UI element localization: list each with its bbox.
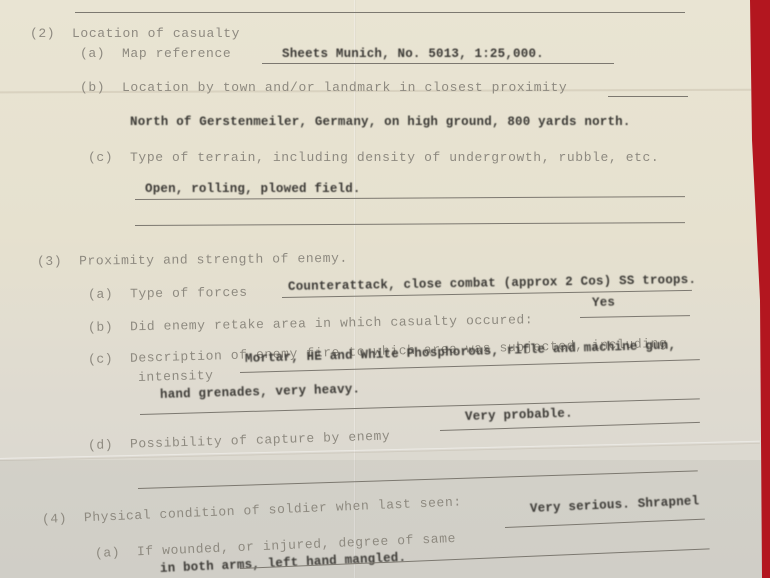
document-page: (2) Location of casualty (a) Map referen…: [0, 0, 770, 578]
item-3b-answer: Yes: [592, 296, 615, 310]
section-number: (4): [42, 511, 68, 527]
item-2c-label: (c) Type of terrain, including density o…: [88, 150, 659, 165]
answer-rule: [135, 196, 685, 200]
item-2c-answer: Open, rolling, plowed field.: [145, 182, 361, 196]
item-3b-label: (b) Did enemy retake area in which casua…: [88, 312, 533, 335]
answer-rule: [608, 96, 688, 97]
section-number: (2): [30, 26, 55, 41]
answer-rule: [135, 222, 685, 226]
item-2b-label: (b) Location by town and/or landmark in …: [80, 80, 567, 95]
answer-rule: [580, 315, 690, 318]
section-title: Proximity and strength of enemy.: [79, 251, 348, 269]
top-rule: [75, 12, 685, 13]
item-3c-answer-cont: hand grenades, very heavy.: [160, 382, 361, 402]
section-number: (3): [37, 254, 62, 269]
section-3-heading: (3) Proximity and strength of enemy.: [37, 251, 348, 269]
item-3d-answer: Very probable.: [465, 407, 573, 424]
item-3c-label-cont: intensity: [138, 368, 214, 385]
section-title: Location of casualty: [72, 26, 240, 41]
item-3a-label: (a) Type of forces: [88, 285, 248, 302]
item-2a-label: (a) Map reference: [80, 46, 231, 61]
item-2a-answer: Sheets Munich, No. 5013, 1:25,000.: [282, 47, 544, 61]
answer-rule: [262, 63, 614, 64]
section-2-heading: (2) Location of casualty: [30, 26, 240, 41]
item-2b-answer: North of Gerstenmeiler, Germany, on high…: [130, 115, 631, 129]
answer-rule: [140, 398, 700, 415]
